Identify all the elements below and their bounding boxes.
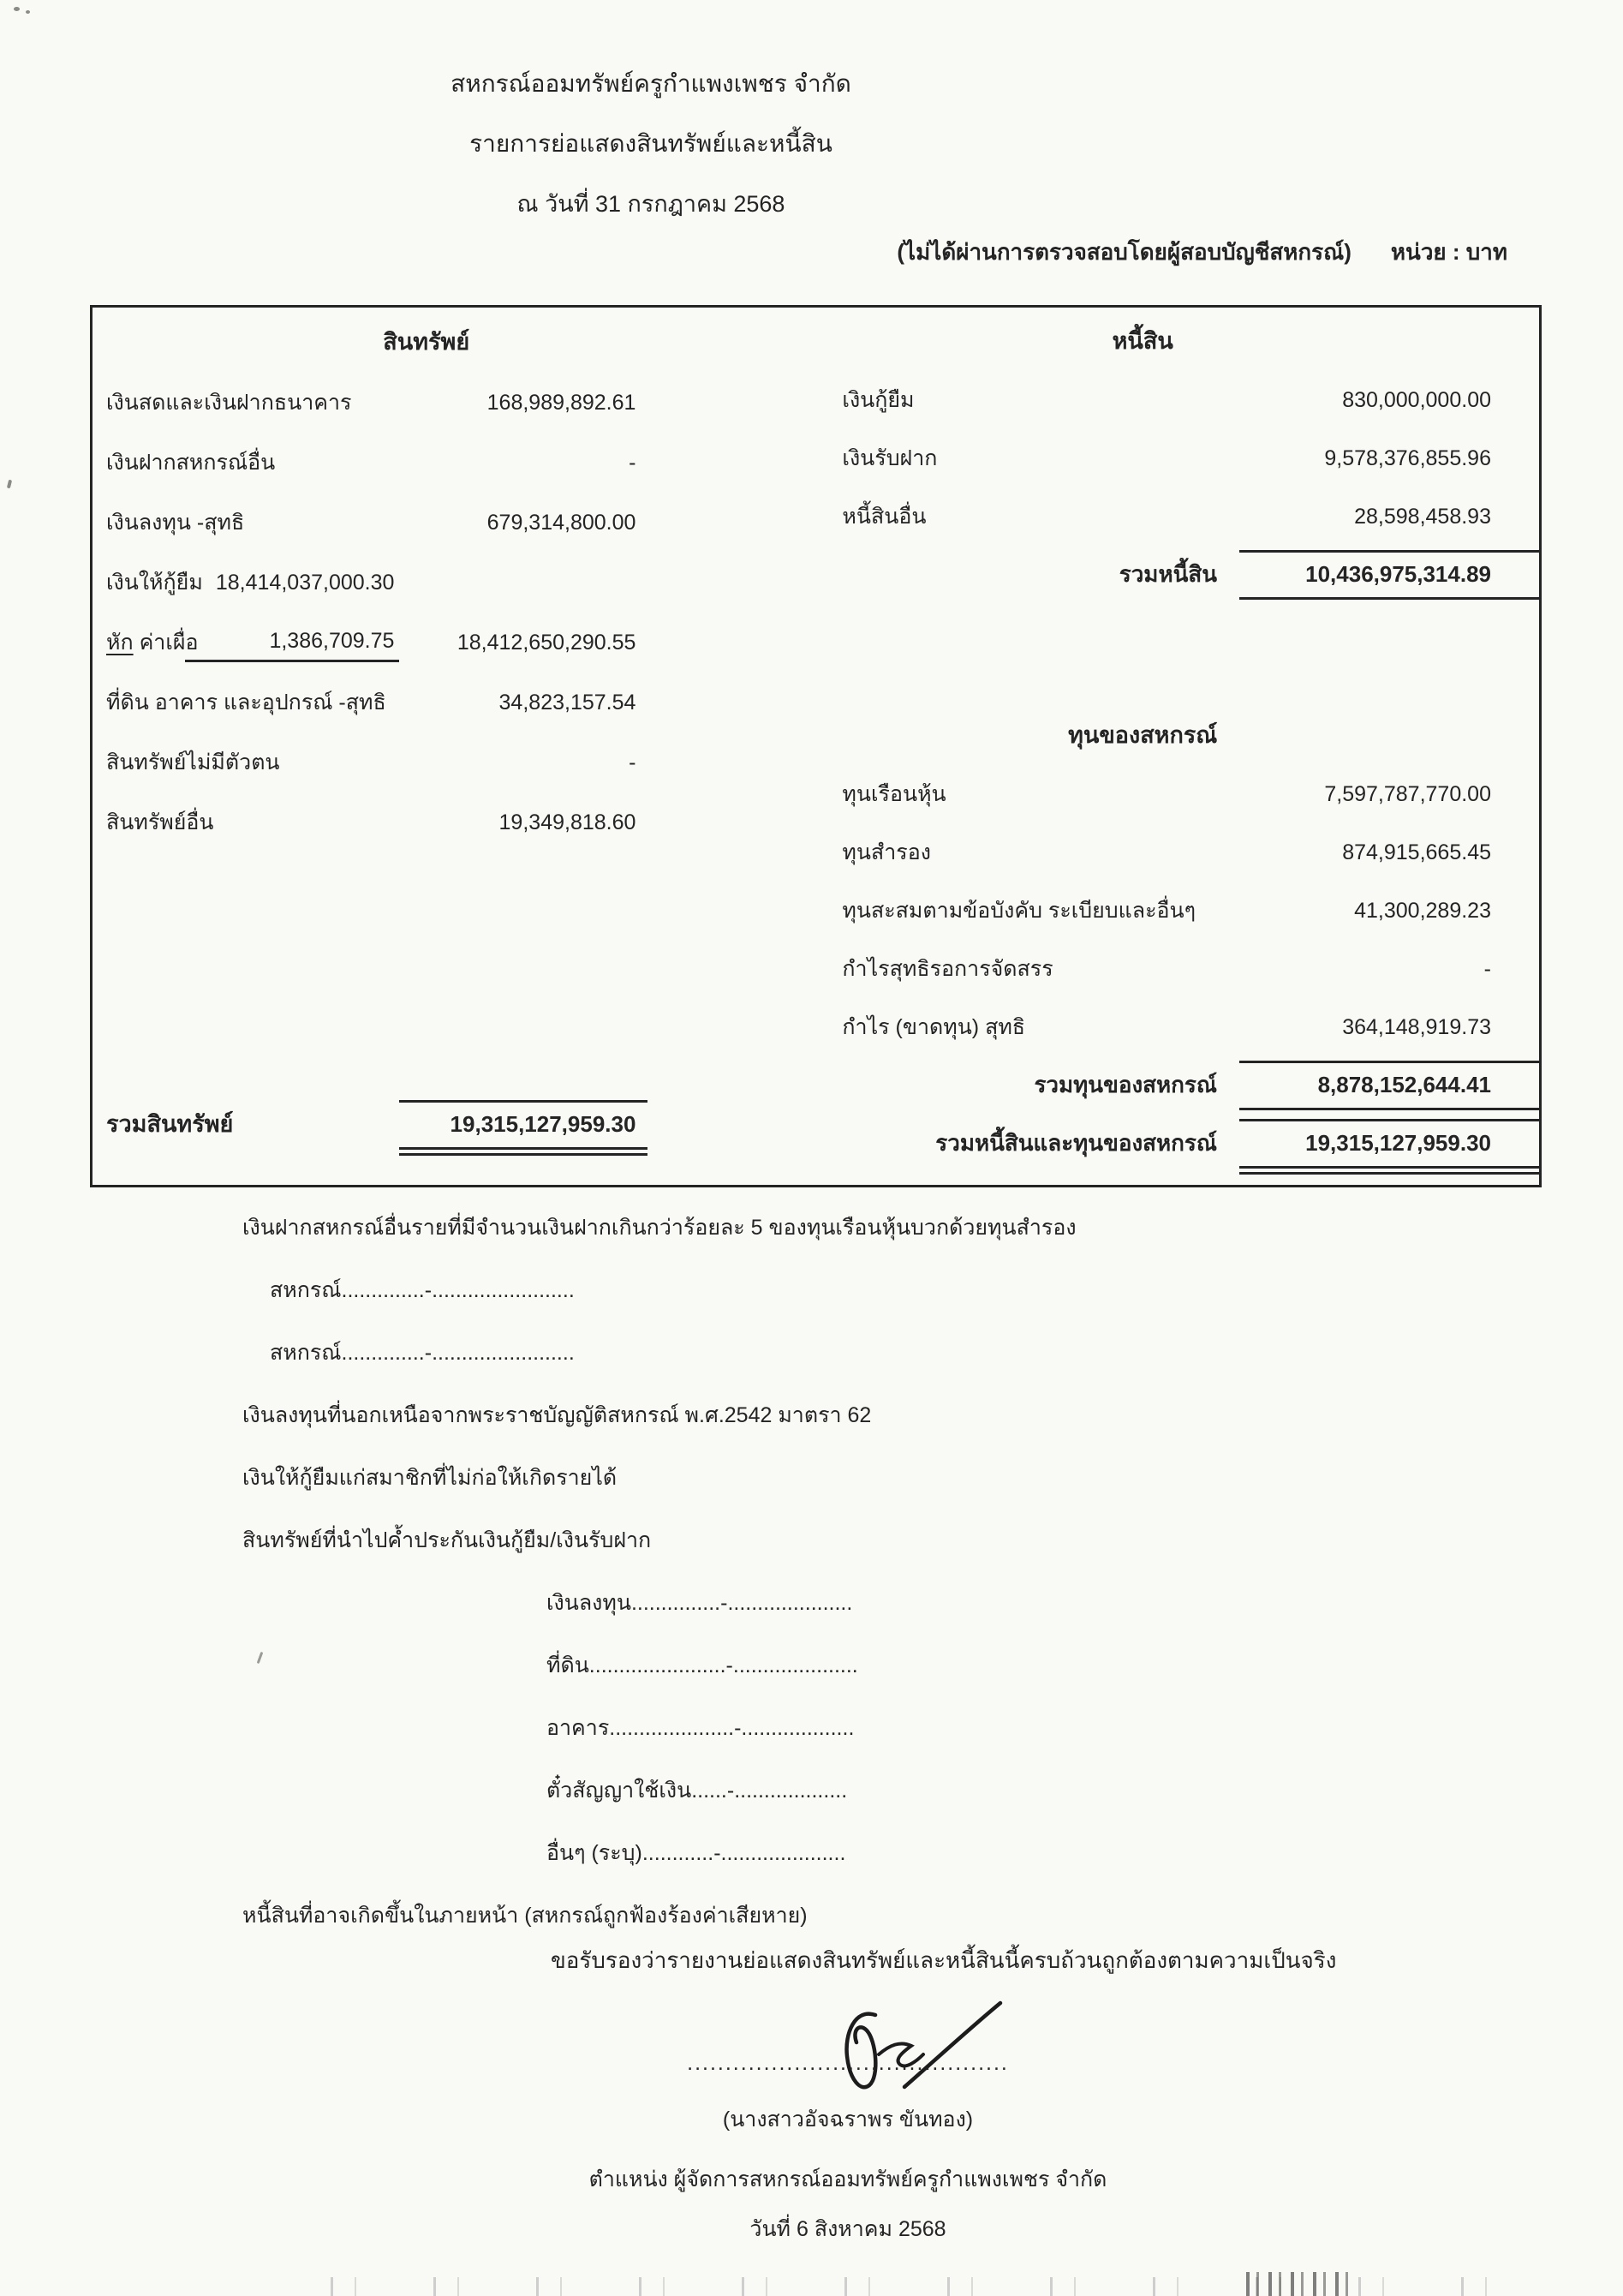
asset-row-less-allowance: หัก ค่าเผื่อ 1,386,709.75 18,412,650,290… <box>106 613 746 673</box>
capital-section-header: ทุนของสหกรณ์ <box>746 707 1539 765</box>
liability-row: หนี้สินอื่น 28,598,458.93 <box>746 487 1539 546</box>
asset-row: ที่ดิน อาคาร และอุปกรณ์ -สุทธิ 34,823,15… <box>106 673 746 732</box>
asset-row: เงินสดและเงินฝากธนาคาร 168,989,892.61 <box>106 373 746 433</box>
liability-label: เงินกู้ยืม <box>746 386 1239 415</box>
pledged-item-buildings: อาคาร.....................-.............… <box>546 1710 1578 1746</box>
liability-row: เงินรับฝาก 9,578,376,855.96 <box>746 429 1539 487</box>
capital-row: กำไรสุทธิรอการจัดสรร - <box>746 940 1539 998</box>
signer-position: ตำแหน่ง ผู้จัดการสหกรณ์ออมทรัพย์ครูกำแพง… <box>540 2166 1156 2194</box>
meta-line: (ไม่ได้ผ่านการตรวจสอบโดยผู้สอบบัญชีสหกรณ… <box>897 238 1507 267</box>
signature-dotted-line: ........................................… <box>540 2049 1156 2078</box>
report-subtitle: รายการย่อแสดงสินทรัพย์และหนี้สิน <box>0 129 1302 159</box>
note-coop-blank-line: สหกรณ์..............-...................… <box>270 1272 1578 1308</box>
liability-label: เงินรับฝาก <box>746 445 1239 473</box>
assets-total-value: 19,315,127,959.30 <box>399 1100 647 1150</box>
capital-value: 7,597,787,770.00 <box>1239 780 1539 809</box>
grand-total-label: รวมหนี้สินและทุนของสหกรณ์ <box>746 1129 1239 1158</box>
asset-label: เงินให้กู้ยืม <box>106 569 185 597</box>
asset-row: เงินฝากสหกรณ์อื่น - <box>106 433 746 493</box>
capital-value: 41,300,289.23 <box>1239 897 1539 925</box>
liabilities-total-value: 10,436,975,314.89 <box>1239 550 1539 600</box>
liability-value: 28,598,458.93 <box>1239 503 1539 531</box>
note-deposits-intro: เงินฝากสหกรณ์อื่นรายที่มีจำนวนเงินฝากเกิ… <box>242 1210 1578 1246</box>
asset-value: 19,349,818.60 <box>399 809 647 837</box>
scan-speck <box>7 480 12 489</box>
unaudited-note: (ไม่ได้ผ่านการตรวจสอบโดยผู้สอบบัญชีสหกรณ… <box>897 238 1352 267</box>
asset-value: 34,823,157.54 <box>399 689 647 717</box>
asset-label: เงินสดและเงินฝากธนาคาร <box>106 389 185 417</box>
asset-value: 679,314,800.00 <box>399 509 647 537</box>
asset-label: หัก ค่าเผื่อ <box>106 629 185 657</box>
capital-label: ทุนสำรอง <box>746 839 1239 867</box>
asset-label: สินทรัพย์ไม่มีตัวตน <box>106 749 185 777</box>
capital-total-label: รวมทุนของสหกรณ์ <box>746 1071 1239 1100</box>
less-prefix: หัก <box>106 631 134 655</box>
liabilities-total-row: รวมหนี้สิน 10,436,975,314.89 <box>746 546 1539 604</box>
asset-value: 168,989,892.61 <box>399 389 647 417</box>
asset-sub-value-underlined: 1,386,709.75 <box>185 623 399 662</box>
as-of-date: ณ วันที่ 31 กรกฎาคม 2568 <box>0 189 1302 219</box>
note-contingent-liabilities: หนี้สินที่อาจเกิดขึ้นในภายหน้า (สหกรณ์ถู… <box>242 1898 1578 1934</box>
note-coop-blank-line: สหกรณ์..............-...................… <box>270 1335 1578 1371</box>
grand-total-row: รวมหนี้สินและทุนของสหกรณ์ 19,315,127,959… <box>746 1115 1539 1173</box>
capital-row: ทุนสะสมตามข้อบังคับ ระเบียบและอื่นๆ 41,3… <box>746 882 1539 940</box>
pledged-item-investments: เงินลงทุน...............-...............… <box>546 1585 1578 1621</box>
capital-total-row: รวมทุนของสหกรณ์ 8,878,152,644.41 <box>746 1056 1539 1115</box>
assets-column: สินทรัพย์ เงินสดและเงินฝากธนาคาร 168,989… <box>92 308 746 1185</box>
liability-label: หนี้สินอื่น <box>746 503 1239 531</box>
unit-label: หน่วย : บาท <box>1391 238 1507 267</box>
capital-value: 364,148,919.73 <box>1239 1013 1539 1042</box>
certification-statement: ขอรับรองว่ารายงานย่อแสดงสินทรัพย์และหนี้… <box>551 1946 1336 1976</box>
capital-label: ทุนเรือนหุ้น <box>746 780 1239 809</box>
capital-label: กำไร (ขาดทุน) สุทธิ <box>746 1013 1239 1042</box>
pledged-item-land: ที่ดิน.......................-..........… <box>546 1647 1578 1683</box>
capital-row: ทุนสำรอง 874,915,665.45 <box>746 823 1539 882</box>
asset-row: สินทรัพย์ไม่มีตัวตน - <box>106 732 746 792</box>
balance-sheet-table: สินทรัพย์ เงินสดและเงินฝากธนาคาร 168,989… <box>90 305 1542 1187</box>
capital-label: ทุนสะสมตามข้อบังคับ ระเบียบและอื่นๆ <box>746 897 1239 925</box>
asset-label: เงินลงทุน -สุทธิ <box>106 509 185 537</box>
capital-row: กำไร (ขาดทุน) สุทธิ 364,148,919.73 <box>746 998 1539 1056</box>
asset-row: สินทรัพย์อื่น 19,349,818.60 <box>106 792 746 852</box>
asset-row: เงินให้กู้ยืม 18,414,037,000.30 <box>106 553 746 613</box>
pledged-item-promissory-notes: ตั๋วสัญญาใช้เงิน......-.................… <box>546 1773 1578 1809</box>
scan-speck <box>26 10 30 14</box>
note-investments-outside-act: เงินลงทุนที่นอกเหนือจากพระราชบัญญัติสหกร… <box>242 1397 1578 1433</box>
notes-section: เงินฝากสหกรณ์อื่นรายที่มีจำนวนเงินฝากเกิ… <box>242 1210 1578 1960</box>
asset-label: เงินฝากสหกรณ์อื่น <box>106 449 185 477</box>
liabilities-column: หนี้สิน เงินกู้ยืม 830,000,000.00 เงินรั… <box>746 308 1539 1185</box>
capital-total-value: 8,878,152,644.41 <box>1239 1061 1539 1110</box>
asset-label: ที่ดิน อาคาร และอุปกรณ์ -สุทธิ <box>106 689 185 717</box>
assets-header: สินทรัพย์ <box>106 313 746 373</box>
liability-value: 9,578,376,855.96 <box>1239 445 1539 473</box>
signer-name: (นางสาวอัจฉราพร ขันทอง) <box>540 2106 1156 2134</box>
signature-block: ........................................… <box>540 1996 1156 2270</box>
scanned-document-page: สหกรณ์ออมทรัพย์ครูกำแพงเพชร จำกัด รายการ… <box>0 0 1623 2296</box>
pledged-item-others: อื่นๆ (ระบุ)............-...............… <box>546 1835 1578 1871</box>
cutoff-text-artifact <box>1246 2272 1357 2296</box>
capital-row: ทุนเรือนหุ้น 7,597,787,770.00 <box>746 765 1539 823</box>
document-header: สหกรณ์ออมทรัพย์ครูกำแพงเพชร จำกัด รายการ… <box>0 69 1302 248</box>
asset-value: - <box>399 749 647 777</box>
asset-sub-value: 18,414,037,000.30 <box>185 569 399 597</box>
liabilities-total-label: รวมหนี้สิน <box>746 560 1239 589</box>
asset-value: 18,412,650,290.55 <box>399 629 647 657</box>
assets-total-label: รวมสินทรัพย์ <box>106 1109 185 1139</box>
note-pledged-assets: สินทรัพย์ที่นำไปค้ำประกันเงินกู้ยืม/เงิน… <box>242 1522 1578 1558</box>
asset-value: - <box>399 449 647 477</box>
asset-label: สินทรัพย์อื่น <box>106 809 185 837</box>
note-nonperforming-loans: เงินให้กู้ยืมแก่สมาชิกที่ไม่ก่อให้เกิดรา… <box>242 1460 1578 1496</box>
asset-row: เงินลงทุน -สุทธิ 679,314,800.00 <box>106 493 746 553</box>
handwritten-signature <box>797 1991 1019 2094</box>
capital-value: - <box>1239 955 1539 984</box>
liability-row: เงินกู้ยืม 830,000,000.00 <box>746 371 1539 429</box>
capital-value: 874,915,665.45 <box>1239 839 1539 867</box>
signature-date: วันที่ 6 สิงหาคม 2568 <box>540 2215 1156 2244</box>
capital-label: กำไรสุทธิรอการจัดสรร <box>746 955 1239 984</box>
grand-total-value: 19,315,127,959.30 <box>1239 1119 1539 1169</box>
assets-total-row: รวมสินทรัพย์ 19,315,127,959.30 <box>106 1095 746 1155</box>
liabilities-header: หนี้สิน <box>746 313 1539 371</box>
scan-speck <box>14 7 20 11</box>
liability-value: 830,000,000.00 <box>1239 386 1539 415</box>
organization-title: สหกรณ์ออมทรัพย์ครูกำแพงเพชร จำกัด <box>0 69 1302 99</box>
